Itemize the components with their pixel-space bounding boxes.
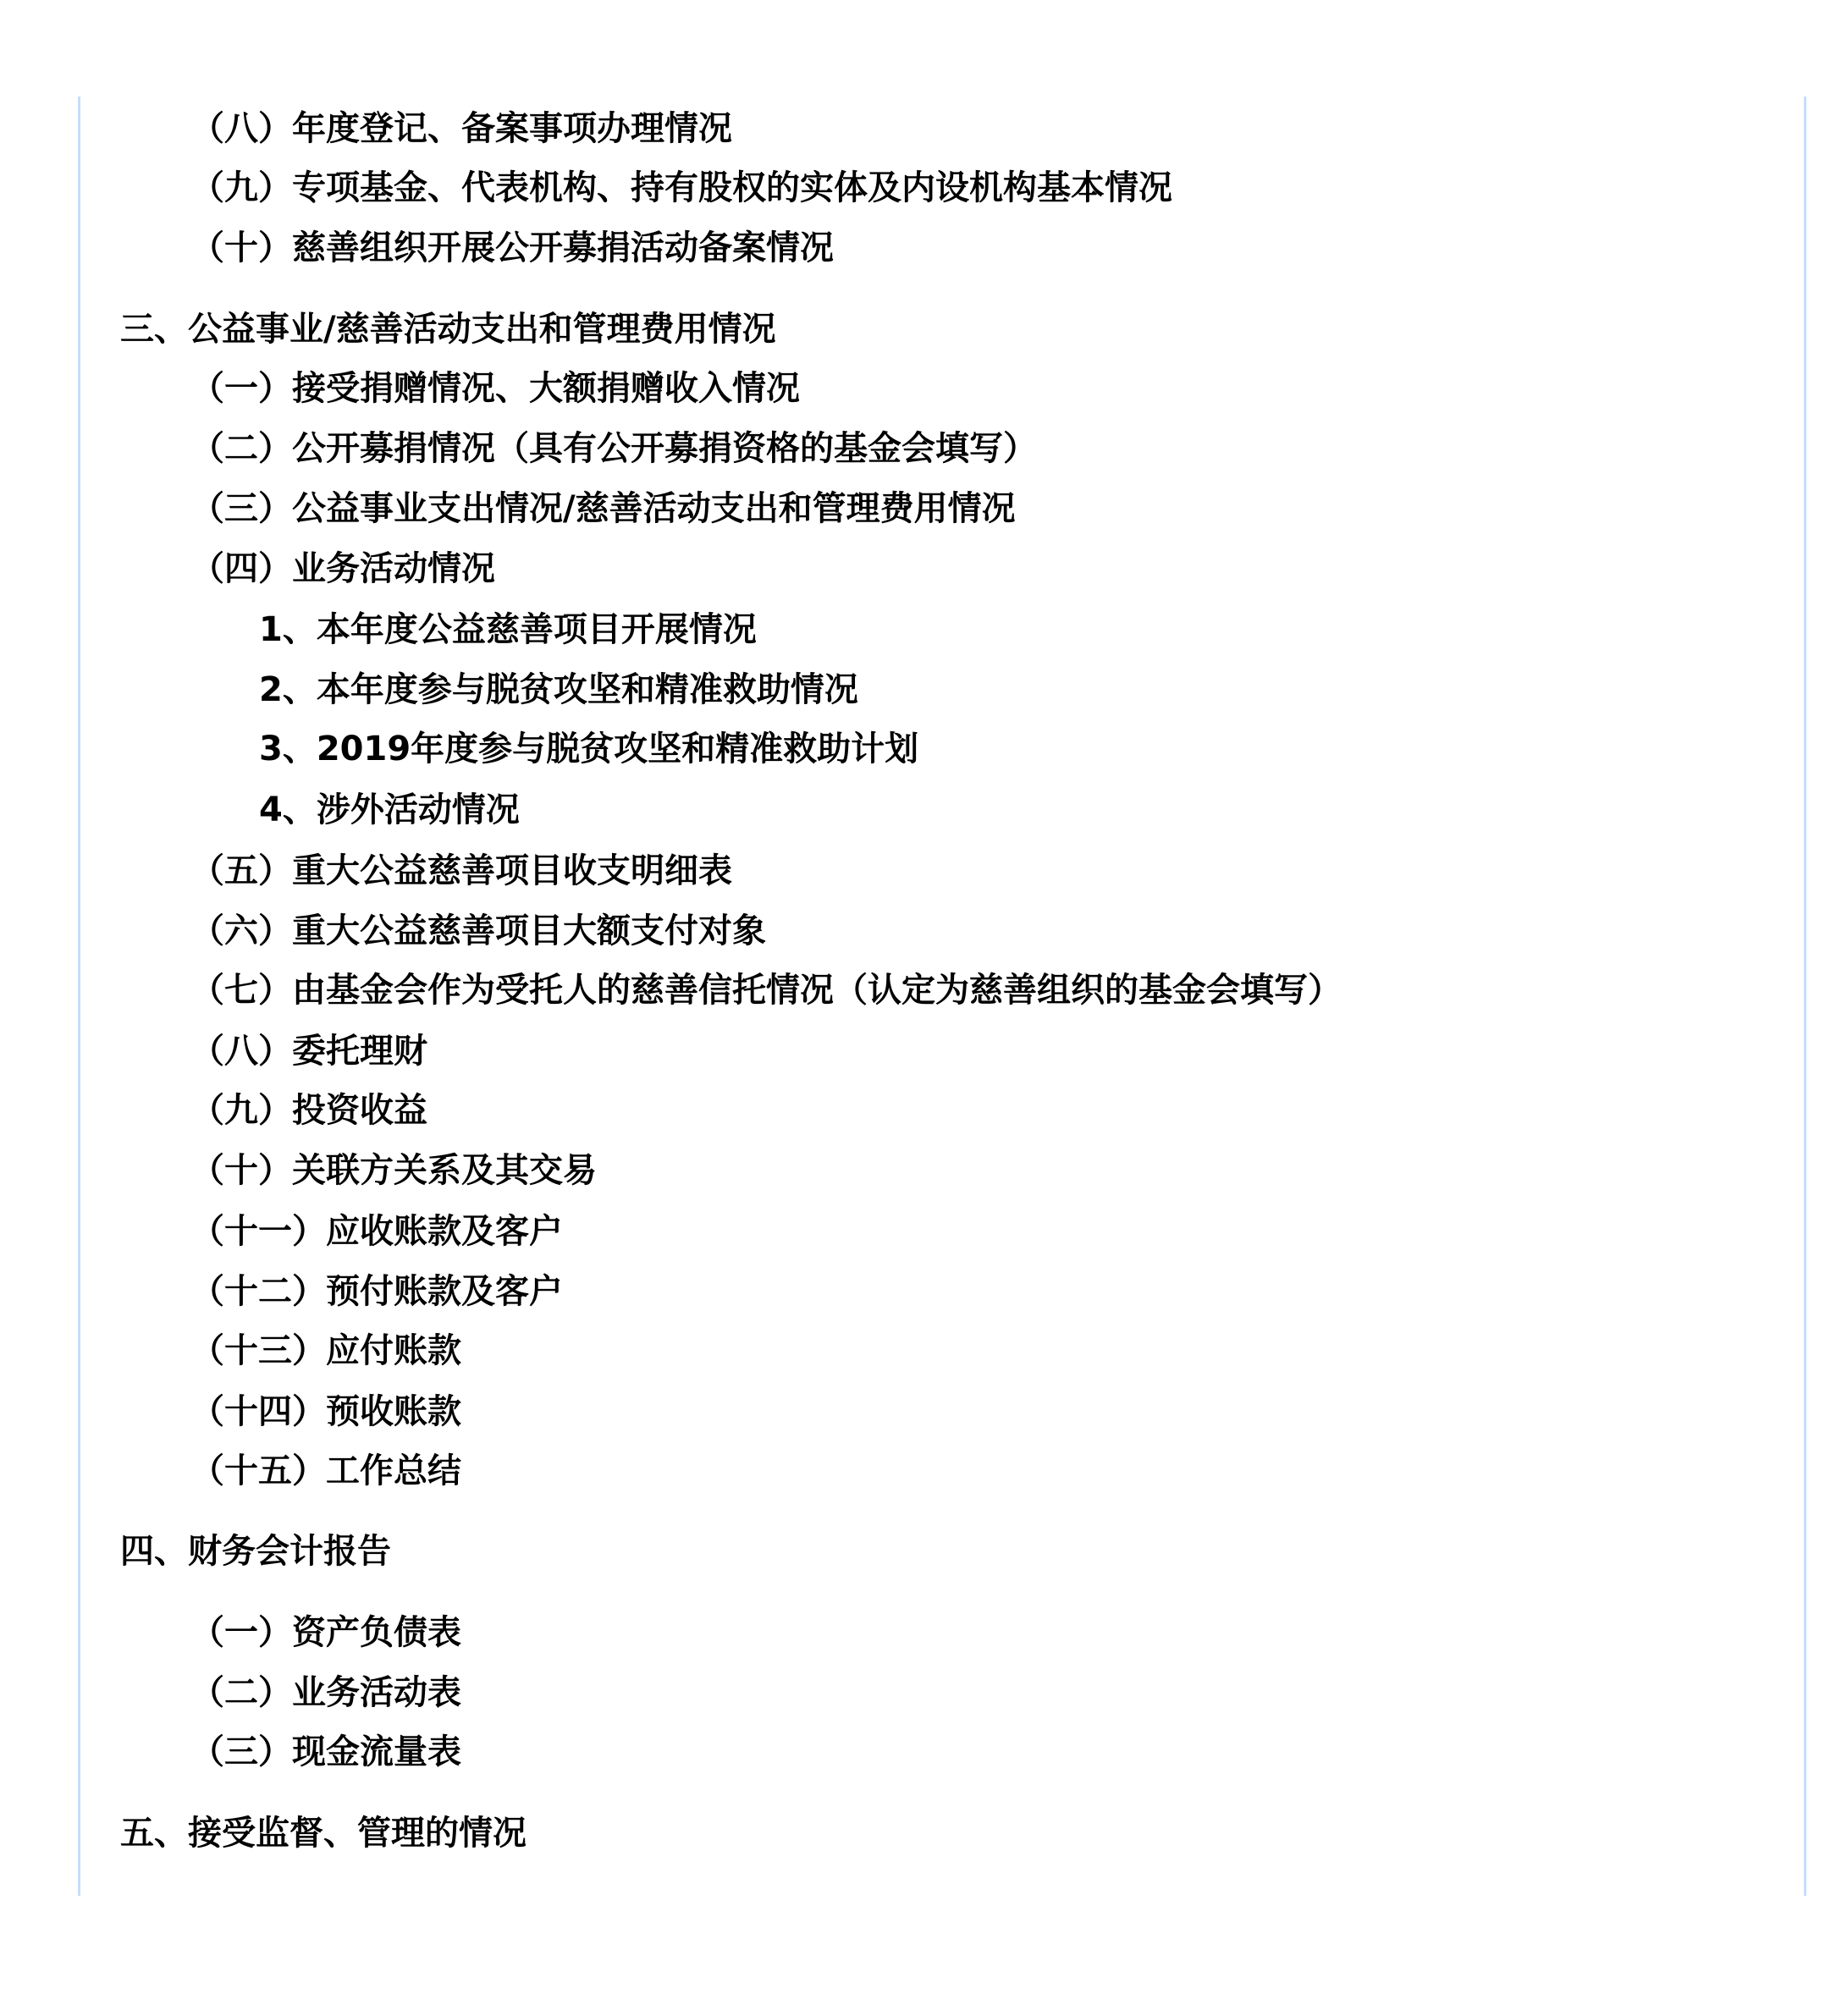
toc-item: （十三）应付账款: [190, 1330, 461, 1371]
toc-item: （十四）预收账款: [190, 1391, 461, 1432]
toc-subitem: 4、涉外活动情况: [259, 790, 520, 830]
toc-item: （三）现金流量表: [190, 1732, 461, 1772]
toc-item: （十一）应收账款及客户: [190, 1211, 563, 1252]
toc-item: （九）专项基金、代表机构、持有股权的实体及内设机构基本情况: [190, 168, 1172, 208]
toc-item: （二）公开募捐情况（具有公开募捐资格的基金会填写）: [190, 428, 1037, 469]
toc-item: （五）重大公益慈善项目收支明细表: [190, 851, 732, 891]
toc-item: （八）年度登记、备案事项办理情况: [190, 108, 732, 149]
toc-subitem: 3、2019年度参与脱贫攻坚和精准救助计划: [259, 729, 918, 769]
toc-section-heading: 三、公益事业/慈善活动支出和管理费用情况: [120, 309, 776, 350]
toc-item: （十）关联方关系及其交易: [190, 1150, 597, 1191]
toc-subitem: 1、本年度公益慈善项目开展情况: [259, 609, 757, 650]
toc-item: （十）慈善组织开展公开募捐活动备案情况: [190, 228, 834, 268]
toc-section-heading: 五、接受监督、管理的情况: [120, 1813, 527, 1854]
toc-item: （一）接受捐赠情况、大额捐赠收入情况: [190, 368, 800, 409]
toc-item: （一）资产负债表: [190, 1612, 461, 1653]
toc-item: （九）投资收益: [190, 1090, 427, 1131]
toc-item: （二）业务活动表: [190, 1672, 461, 1713]
toc-item: （三）公益事业支出情况/慈善活动支出和管理费用情况: [190, 488, 1016, 529]
toc-subitem: 2、本年度参与脱贫攻坚和精准救助情况: [259, 669, 858, 710]
toc-item: （七）由基金会作为受托人的慈善信托情况（认定为慈善组织的基金会填写）: [190, 970, 1342, 1011]
toc-item: （六）重大公益慈善项目大额支付对象: [190, 911, 766, 951]
toc-item: （四）业务活动情况: [190, 548, 495, 589]
toc-section-heading: 四、财务会计报告: [120, 1531, 391, 1572]
toc-item: （八）委托理财: [190, 1031, 427, 1071]
toc-item: （十五）工作总结: [190, 1451, 461, 1491]
toc-item: （十二）预付账款及客户: [190, 1271, 563, 1312]
